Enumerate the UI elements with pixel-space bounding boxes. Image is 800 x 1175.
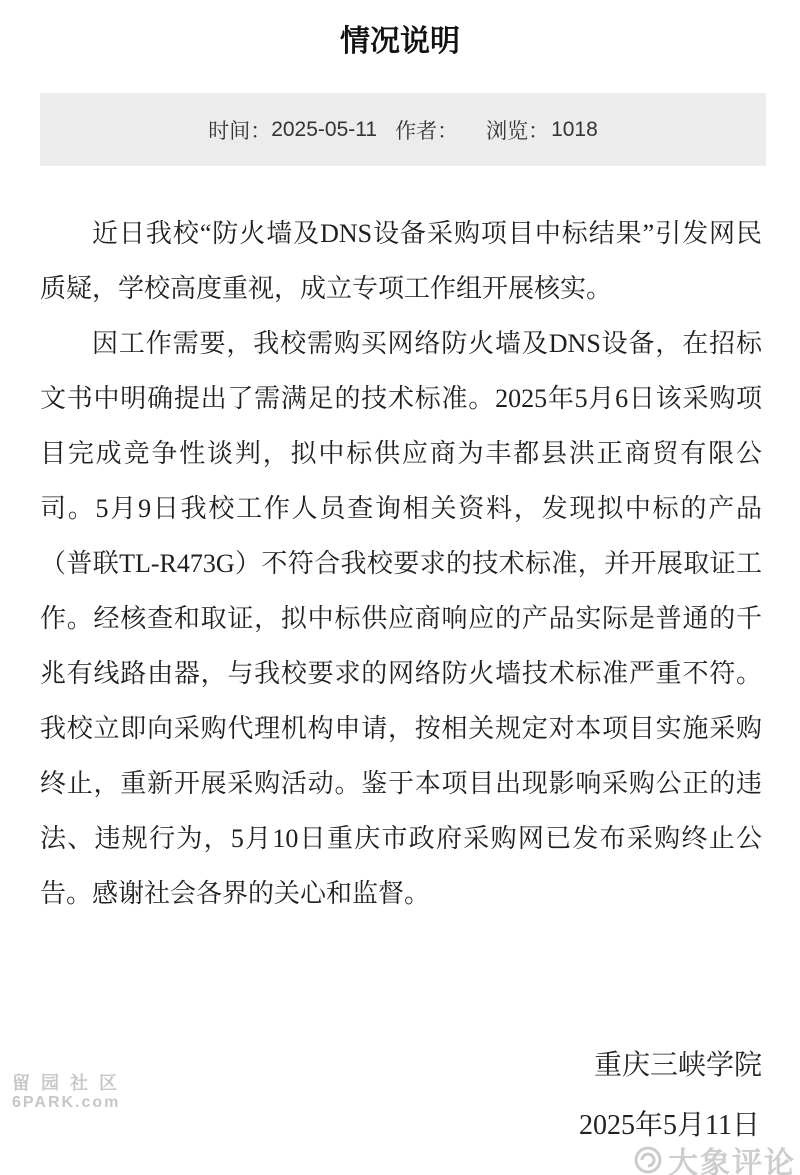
watermark-brand: 大象评论 [633, 1138, 796, 1175]
meta-views-value: 1018 [551, 118, 598, 142]
watermark-6park-chinese: 留园社区 [12, 1074, 128, 1094]
statement-body: 近日我校“防火墙及DNS设备采购项目中标结果”引发网民质疑，学校高度重视，成立专… [40, 206, 762, 921]
meta-time-label: 时间： [208, 115, 271, 145]
meta-bar: 时间： 2025-05-11 作者： 浏览： 1018 [40, 93, 766, 166]
meta-author-label: 作者： [395, 115, 458, 145]
meta-time-value: 2025-05-11 [271, 118, 377, 142]
body-paragraph-2: 因工作需要，我校需购买网络防火墙及DNS设备，在招标文书中明确提出了需满足的技术… [40, 316, 762, 921]
watermark-6park-url: 6PARK.com [12, 1094, 128, 1112]
statement-page: 情况说明 时间： 2025-05-11 作者： 浏览： 1018 近日我校“防火… [0, 0, 800, 1175]
watermark-brand-text: 大象评论 [668, 1138, 796, 1175]
page-title: 情况说明 [0, 0, 800, 59]
meta-views-label: 浏览： [486, 115, 549, 145]
swirl-circle-icon [633, 1145, 663, 1175]
body-paragraph-1: 近日我校“防火墙及DNS设备采购项目中标结果”引发网民质疑，学校高度重视，成立专… [40, 206, 762, 316]
watermark-6park: 留园社区 6PARK.com [12, 1074, 128, 1111]
